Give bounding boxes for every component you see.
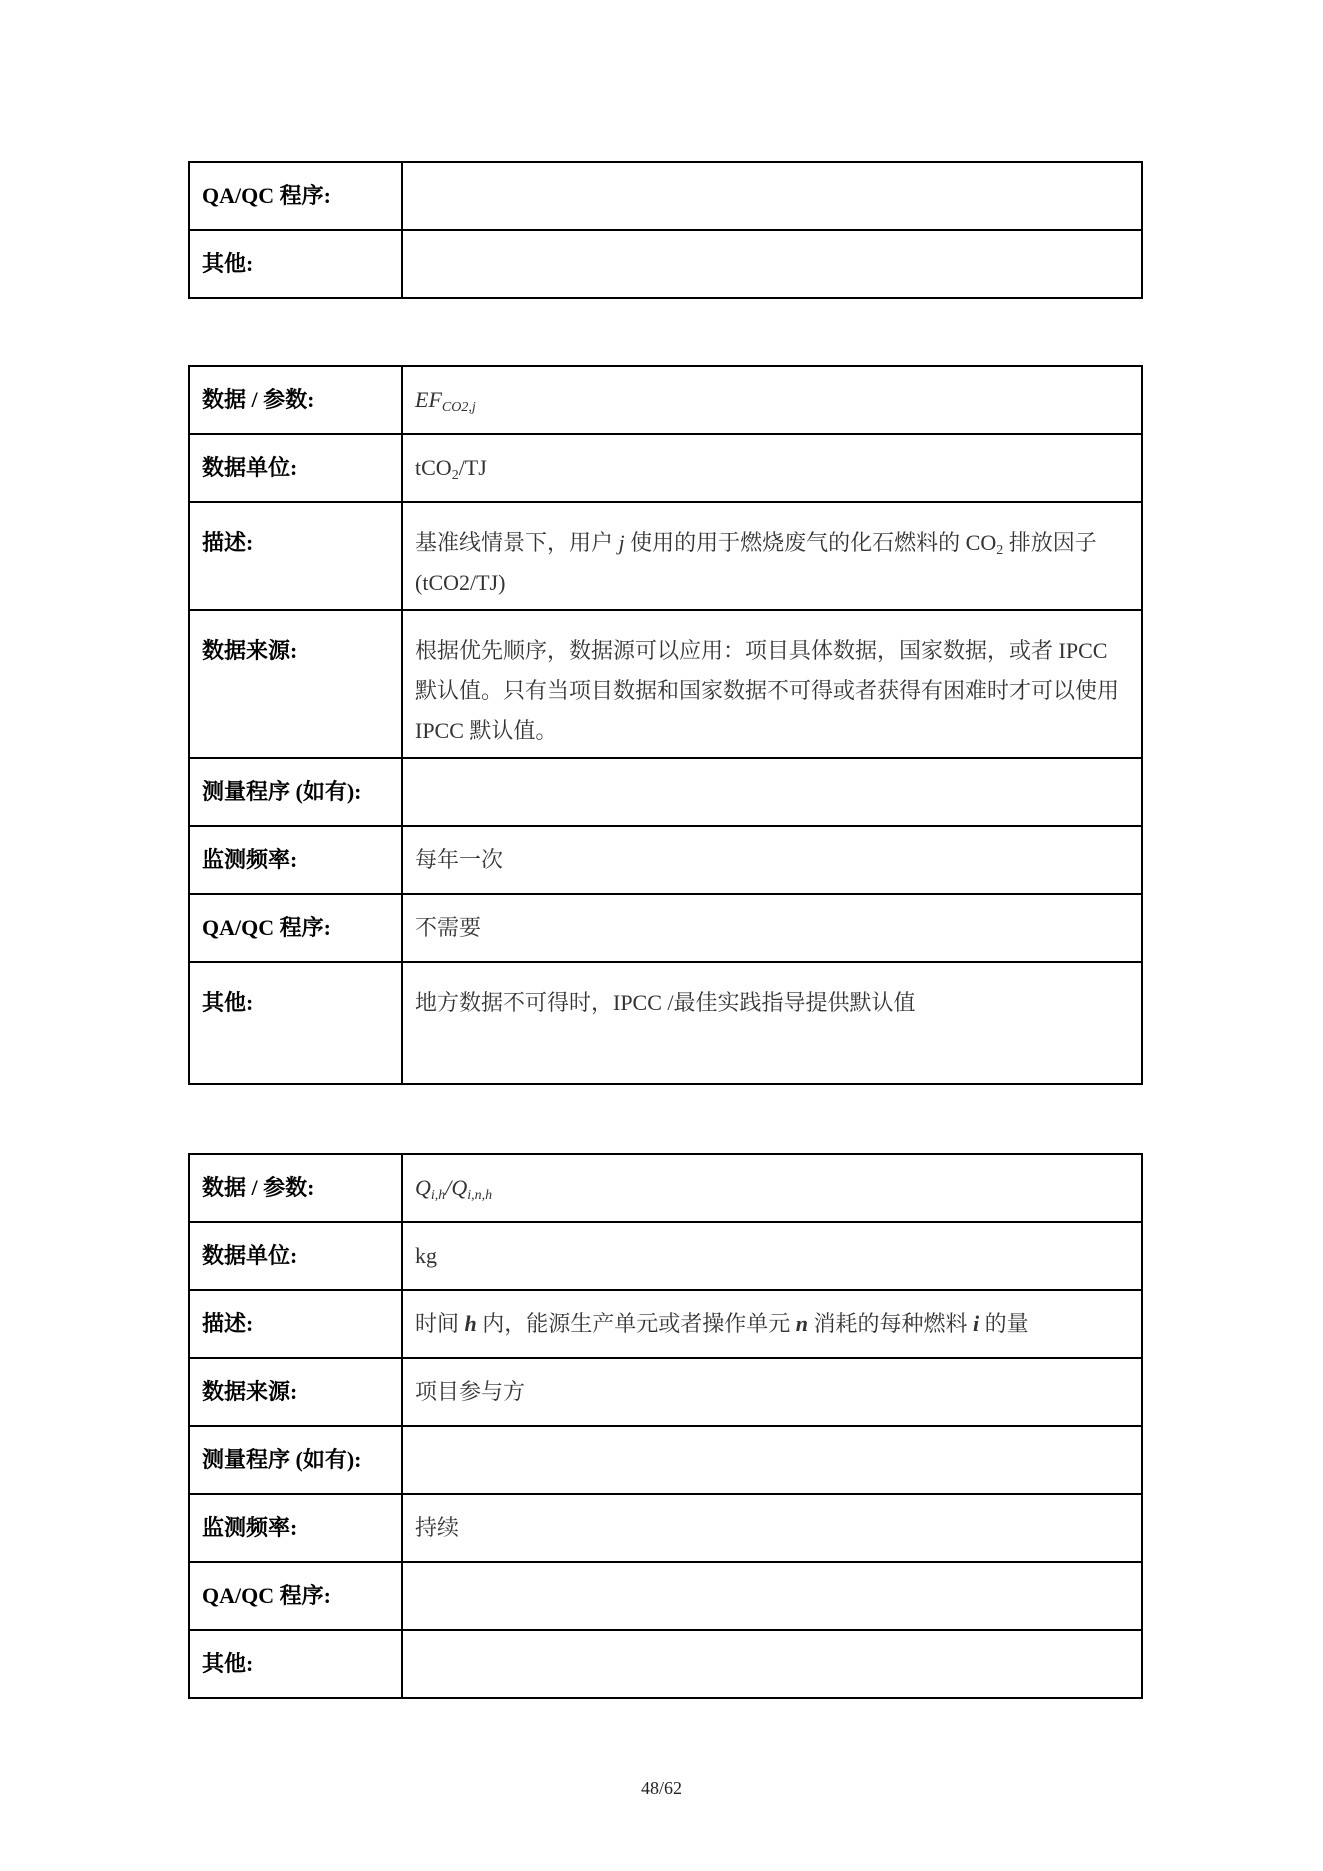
row-value: 持续	[402, 1494, 1142, 1562]
table-row: 其他: 地方数据不可得时，IPCC /最佳实践指导提供默认值	[189, 962, 1142, 1084]
row-label: QA/QC 程序:	[189, 1562, 402, 1630]
row-value	[402, 230, 1142, 298]
row-label: 数据 / 参数:	[189, 366, 402, 434]
text-part: 内，能源生产单元或者操作单元	[477, 1311, 796, 1336]
row-label: 其他:	[189, 230, 402, 298]
table-row: 监测频率: 每年一次	[189, 826, 1142, 894]
table-row: QA/QC 程序:	[189, 162, 1142, 230]
table-row: 描述: 时间 h 内，能源生产单元或者操作单元 n 消耗的每种燃料 i 的量	[189, 1290, 1142, 1358]
unit-post: /TJ	[459, 455, 487, 480]
row-value: 项目参与方	[402, 1358, 1142, 1426]
row-label: 监测频率:	[189, 826, 402, 894]
row-label: 描述:	[189, 502, 402, 610]
symbol-main: Q	[451, 1175, 467, 1200]
row-label: 数据来源:	[189, 1358, 402, 1426]
row-label: QA/QC 程序:	[189, 894, 402, 962]
row-value: 不需要	[402, 894, 1142, 962]
symbol-main: Q	[415, 1175, 431, 1200]
row-value	[402, 1426, 1142, 1494]
variable: n	[796, 1311, 808, 1336]
symbol-subscript: i,n,h	[467, 1188, 492, 1203]
symbol-main: EF	[415, 387, 442, 412]
description-value: 基准线情景下，用户 j 使用的用于燃烧废气的化石燃料的 CO2 排放因子 (tC…	[402, 502, 1142, 610]
row-label: QA/QC 程序:	[189, 162, 402, 230]
unit-value: tCO2/TJ	[402, 434, 1142, 502]
row-value	[402, 758, 1142, 826]
table-row: 监测频率: 持续	[189, 1494, 1142, 1562]
text-part: 的量	[979, 1311, 1029, 1336]
row-label: 数据单位:	[189, 434, 402, 502]
table-row: 数据单位: kg	[189, 1222, 1142, 1290]
row-label: 数据 / 参数:	[189, 1154, 402, 1222]
row-label: 其他:	[189, 962, 402, 1084]
variable: h	[465, 1311, 477, 1336]
parameter-symbol: EFCO2,j	[402, 366, 1142, 434]
text-part: 消耗的每种燃料	[808, 1311, 973, 1336]
row-value	[402, 162, 1142, 230]
table-row: 数据单位: tCO2/TJ	[189, 434, 1142, 502]
row-label: 测量程序 (如有):	[189, 758, 402, 826]
symbol-subscript: i,h	[431, 1188, 445, 1203]
unit-sub: 2	[452, 468, 459, 483]
table-row: 数据来源: 根据优先顺序，数据源可以应用：项目具体数据，国家数据，或者 IPCC…	[189, 610, 1142, 758]
table-row: QA/QC 程序:	[189, 1562, 1142, 1630]
table-row: 数据 / 参数: Qi,h/Qi,n,h	[189, 1154, 1142, 1222]
text-part: 时间	[415, 1311, 465, 1336]
row-label: 其他:	[189, 1630, 402, 1698]
description-value: 时间 h 内，能源生产单元或者操作单元 n 消耗的每种燃料 i 的量	[402, 1290, 1142, 1358]
table-row: 测量程序 (如有):	[189, 1426, 1142, 1494]
parameter-table-continued: QA/QC 程序: 其他:	[188, 161, 1143, 299]
text-part: 基准线情景下，用户	[415, 530, 619, 555]
symbol-subscript: CO2,j	[442, 400, 476, 415]
row-value	[402, 1562, 1142, 1630]
table-row: QA/QC 程序: 不需要	[189, 894, 1142, 962]
table-row: 其他:	[189, 1630, 1142, 1698]
row-value: kg	[402, 1222, 1142, 1290]
row-label: 监测频率:	[189, 1494, 402, 1562]
table-row: 数据 / 参数: EFCO2,j	[189, 366, 1142, 434]
row-label: 测量程序 (如有):	[189, 1426, 402, 1494]
row-value: 根据优先顺序，数据源可以应用：项目具体数据，国家数据，或者 IPCC 默认值。只…	[402, 610, 1142, 758]
table-row: 测量程序 (如有):	[189, 758, 1142, 826]
row-label: 描述:	[189, 1290, 402, 1358]
row-label: 数据来源:	[189, 610, 402, 758]
table-row: 其他:	[189, 230, 1142, 298]
parameter-table-ef-co2: 数据 / 参数: EFCO2,j 数据单位: tCO2/TJ 描述: 基准线情景…	[188, 365, 1143, 1085]
unit-pre: tCO	[415, 455, 452, 480]
table-row: 描述: 基准线情景下，用户 j 使用的用于燃烧废气的化石燃料的 CO2 排放因子…	[189, 502, 1142, 610]
row-value	[402, 1630, 1142, 1698]
page-number: 48/62	[0, 1778, 1323, 1799]
row-value: 地方数据不可得时，IPCC /最佳实践指导提供默认值	[402, 962, 1142, 1084]
parameter-table-fuel-quantity: 数据 / 参数: Qi,h/Qi,n,h 数据单位: kg 描述: 时间 h 内…	[188, 1153, 1143, 1699]
parameter-symbol: Qi,h/Qi,n,h	[402, 1154, 1142, 1222]
row-value: 每年一次	[402, 826, 1142, 894]
table-row: 数据来源: 项目参与方	[189, 1358, 1142, 1426]
row-label: 数据单位:	[189, 1222, 402, 1290]
text-part: 使用的用于燃烧废气的化石燃料的 CO	[625, 530, 997, 555]
